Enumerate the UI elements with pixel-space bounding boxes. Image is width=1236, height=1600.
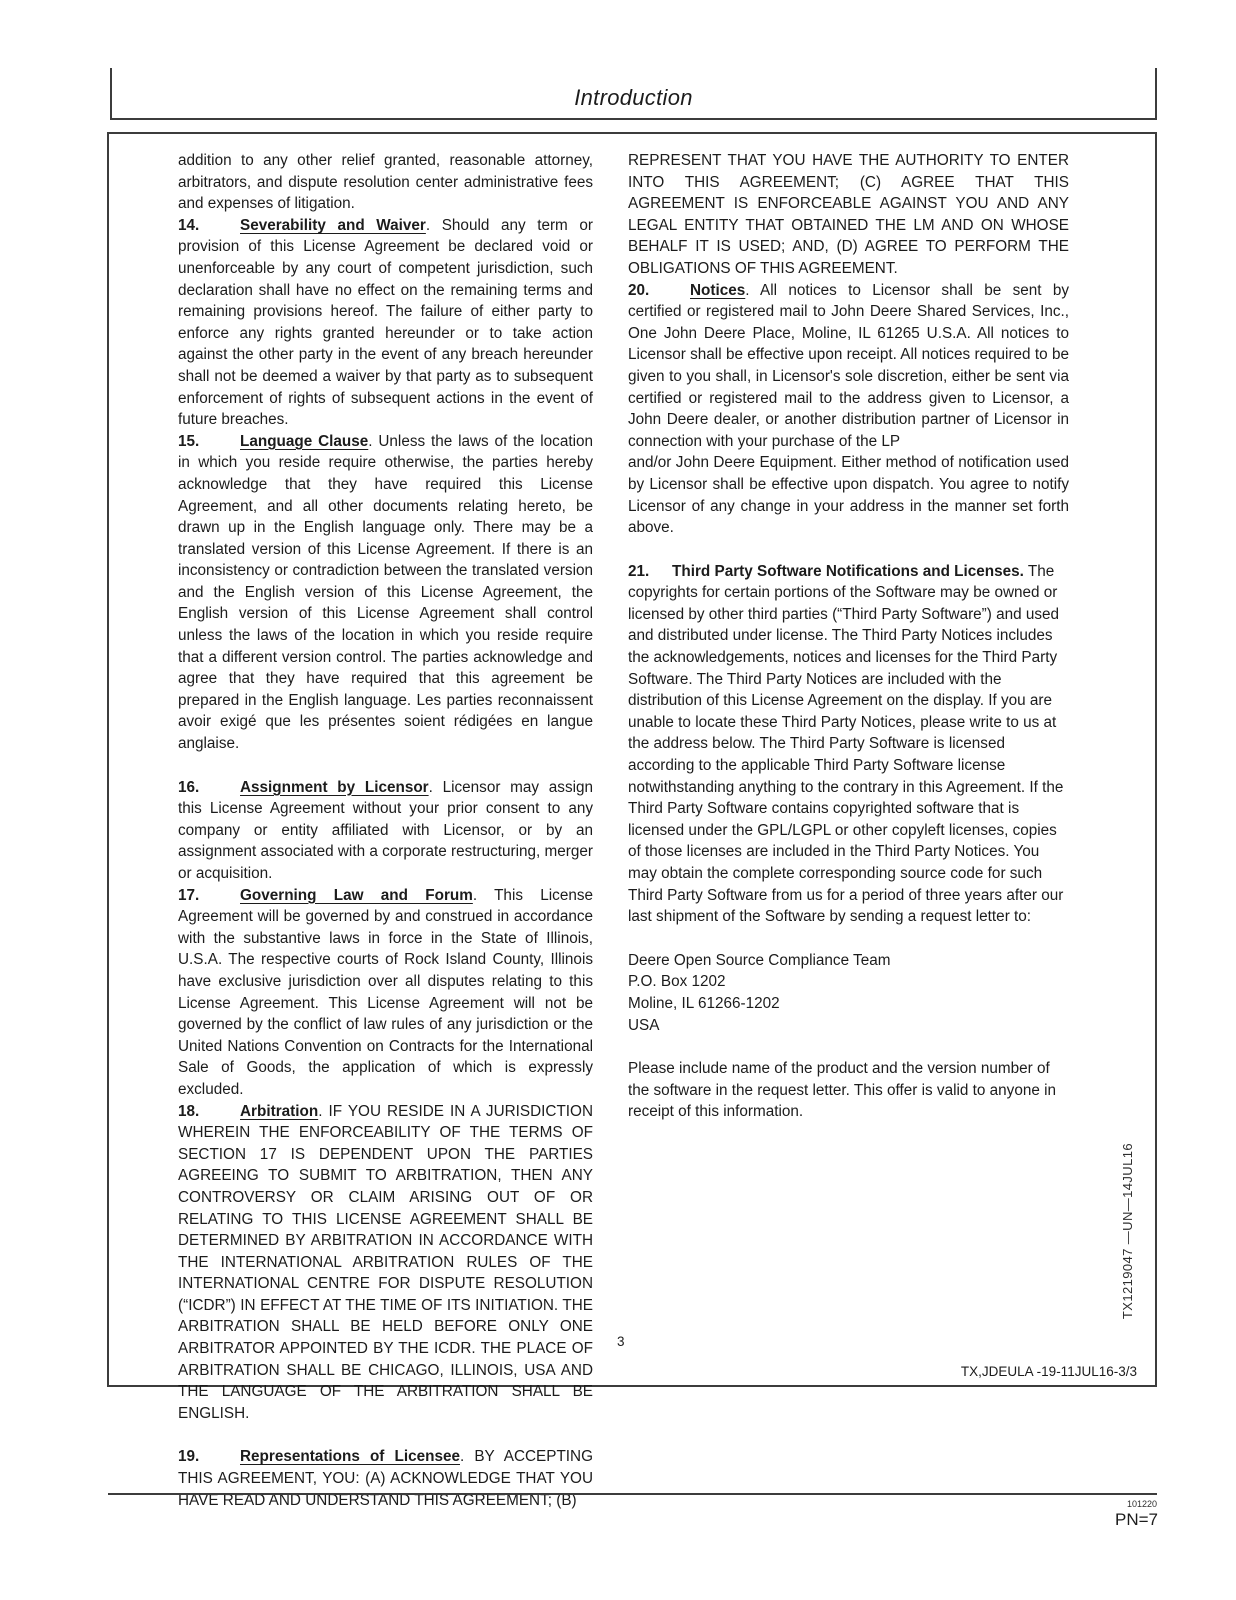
section-heading: Third Party Software Notifications and L… xyxy=(672,563,1024,580)
page-pn: PN=7 xyxy=(1115,1510,1158,1530)
section-heading: Assignment by Licensor xyxy=(240,779,429,796)
section-heading: Governing Law and Forum xyxy=(240,887,473,904)
section-14: 14.Severability and Waiver. Should any t… xyxy=(178,215,593,431)
section-21: 21.Third Party Software Notifications an… xyxy=(628,561,1069,928)
section-18: 18.Arbitration. IF YOU RESIDE IN A JURIS… xyxy=(178,1101,593,1425)
section-number: 14. xyxy=(178,215,240,237)
section-number: 15. xyxy=(178,431,240,453)
section-number: 19. xyxy=(178,1446,240,1468)
section-number: 21. xyxy=(628,561,672,583)
section-16: 16.Assignment by Licensor. Licensor may … xyxy=(178,777,593,885)
section-number: 16. xyxy=(178,777,240,799)
document-code: TX,JDEULA -19-11JUL16-3/3 xyxy=(961,1364,1137,1379)
section-20: 20.Notices. All notices to Licensor shal… xyxy=(628,280,1069,539)
right-column: REPRESENT THAT YOU HAVE THE AUTHORITY TO… xyxy=(628,150,1069,1123)
document-page: Introduction addition to any other relie… xyxy=(0,0,1236,1600)
left-column: addition to any other relief granted, re… xyxy=(178,150,593,1511)
section-heading: Arbitration xyxy=(240,1103,318,1120)
page-header: Introduction xyxy=(110,68,1157,120)
section-15: 15.Language Clause. Unless the laws of t… xyxy=(178,431,593,755)
page-number: 3 xyxy=(617,1334,625,1349)
section-heading: Notices xyxy=(690,282,745,299)
section-17: 17.Governing Law and Forum. This License… xyxy=(178,885,593,1101)
section-heading: Severability and Waiver xyxy=(240,217,426,234)
section-19: 19.Representations of Licensee. BY ACCEP… xyxy=(178,1446,593,1511)
section-heading: Language Clause xyxy=(240,433,368,450)
bottom-rule xyxy=(108,1493,1157,1495)
section-number: 17. xyxy=(178,885,240,907)
para-continuation-19: REPRESENT THAT YOU HAVE THE AUTHORITY TO… xyxy=(628,150,1069,280)
section-number: 18. xyxy=(178,1101,240,1123)
page-title: Introduction xyxy=(112,85,1155,111)
document-frame: addition to any other relief granted, re… xyxy=(107,132,1157,1387)
print-code: 101220 xyxy=(1127,1499,1157,1509)
address-block: Deere Open Source Compliance TeamP.O. Bo… xyxy=(628,950,1069,1036)
figure-code-vertical: TX1219047 —UN—14JUL16 xyxy=(1120,1143,1135,1319)
para-continuation-13: addition to any other relief granted, re… xyxy=(178,150,593,215)
section-number: 20. xyxy=(628,280,690,302)
para-request-note: Please include name of the product and t… xyxy=(628,1058,1069,1123)
section-heading: Representations of Licensee xyxy=(240,1448,460,1465)
